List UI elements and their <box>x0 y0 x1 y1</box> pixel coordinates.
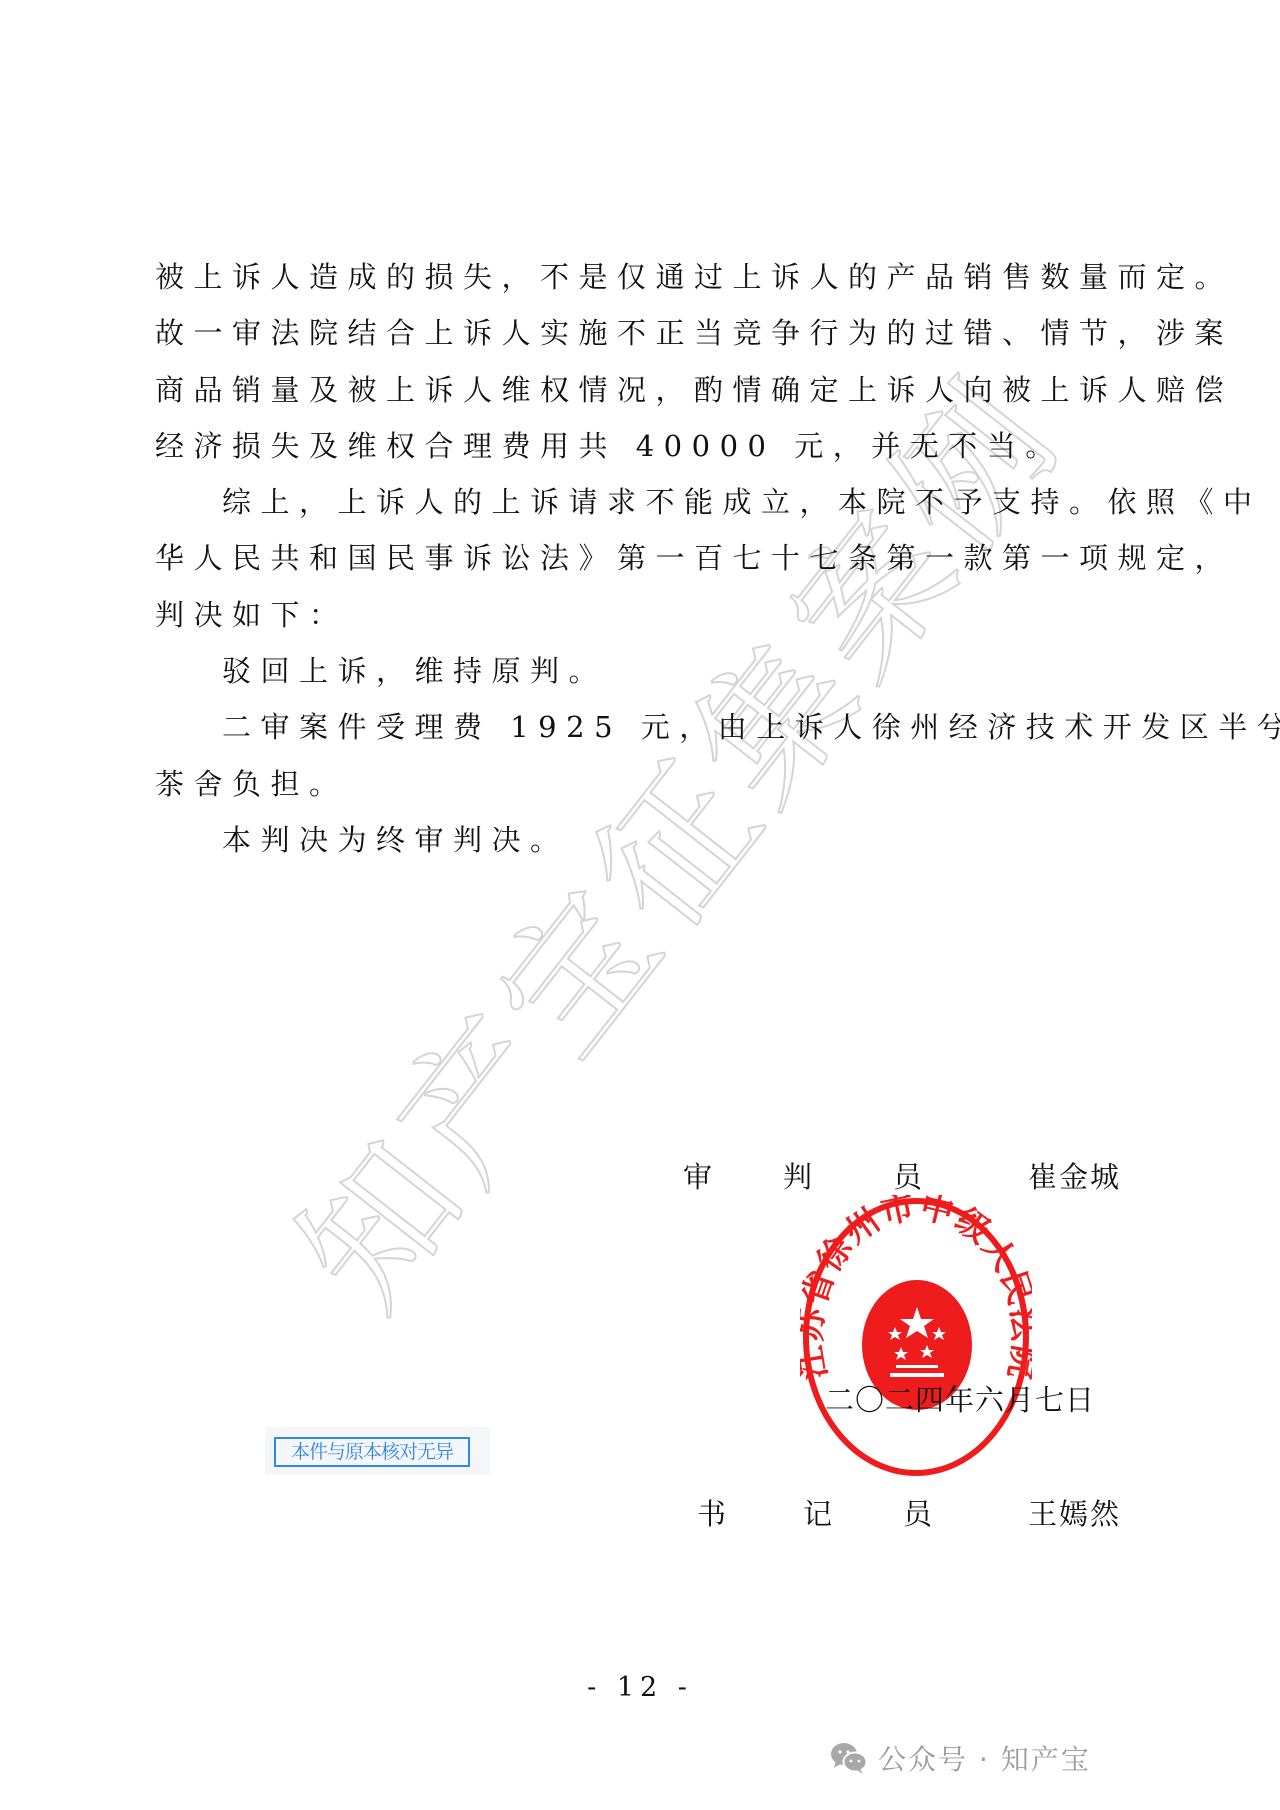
text-line: 华人民共和国民事诉讼法》第一百七十七条第一款第一项规定， <box>155 530 1130 586</box>
paragraph-final: 本判决为终审判决。 <box>155 812 1130 868</box>
text-line: 综上，上诉人的上诉请求不能成立，本院不予支持。依照《中 <box>155 474 1130 530</box>
court-seal: 江苏省徐州市中级人民法院 <box>800 1195 1032 1480</box>
judge-role-char: 员 <box>893 1155 922 1196</box>
clerk-role-char: 员 <box>903 1492 932 1533</box>
clerk-role-char: 书 <box>697 1492 726 1533</box>
page-number: - 12 - <box>0 1672 1280 1703</box>
text-line: 二审案件受理费 1925 元，由上诉人徐州经济技术开发区半兮 <box>155 699 1130 755</box>
copy-verification-stamp: 本件与原本核对无异 <box>265 1427 490 1475</box>
text-line: 判决如下： <box>155 587 1130 643</box>
text-line: 驳回上诉，维持原判。 <box>155 643 1130 699</box>
text-line: 被上诉人造成的损失，不是仅通过上诉人的产品销售数量而定。 <box>155 249 1130 305</box>
copy-stamp-text: 本件与原本核对无异 <box>274 1437 470 1467</box>
paragraph-damages: 被上诉人造成的损失，不是仅通过上诉人的产品销售数量而定。 故一审法院结合上诉人实… <box>155 249 1130 474</box>
judgment-body: 被上诉人造成的损失，不是仅通过上诉人的产品销售数量而定。 故一审法院结合上诉人实… <box>155 249 1130 868</box>
paragraph-ruling: 驳回上诉，维持原判。 <box>155 643 1130 699</box>
text-line: 茶舍负担。 <box>155 756 1130 812</box>
clerk-role-char: 记 <box>803 1492 832 1533</box>
judge-signature: 审 判 员 崔金城 <box>0 1155 1280 1195</box>
judge-role-char: 审 <box>683 1155 712 1196</box>
footer-label: 公众号 · 知产宝 <box>878 1738 1091 1778</box>
paragraph-fees: 二审案件受理费 1925 元，由上诉人徐州经济技术开发区半兮 茶舍负担。 <box>155 699 1130 812</box>
text-line: 商品销量及被上诉人维权情况，酌情确定上诉人向被上诉人赔偿 <box>155 362 1130 418</box>
document-page: 知产宝征集案例 被上诉人造成的损失，不是仅通过上诉人的产品销售数量而定。 故一审… <box>0 0 1280 1810</box>
text-line: 本判决为终审判决。 <box>155 812 1130 868</box>
text-line: 经济损失及维权合理费用共 40000 元，并无不当。 <box>155 418 1130 474</box>
wechat-icon <box>830 1741 868 1775</box>
judge-name: 崔金城 <box>1028 1155 1121 1196</box>
clerk-name: 王嫣然 <box>1028 1492 1121 1533</box>
clerk-signature: 书 记 员 王嫣然 <box>0 1492 1280 1532</box>
paragraph-conclusion: 综上，上诉人的上诉请求不能成立，本院不予支持。依照《中 华人民共和国民事诉讼法》… <box>155 474 1130 643</box>
judge-role-char: 判 <box>783 1155 812 1196</box>
judgment-date: 二〇二四年六月七日 <box>825 1378 1095 1419</box>
text-line: 故一审法院结合上诉人实施不正当竞争行为的过错、情节，涉案 <box>155 305 1130 361</box>
footer-brand: 公众号 · 知产宝 <box>830 1738 1091 1778</box>
